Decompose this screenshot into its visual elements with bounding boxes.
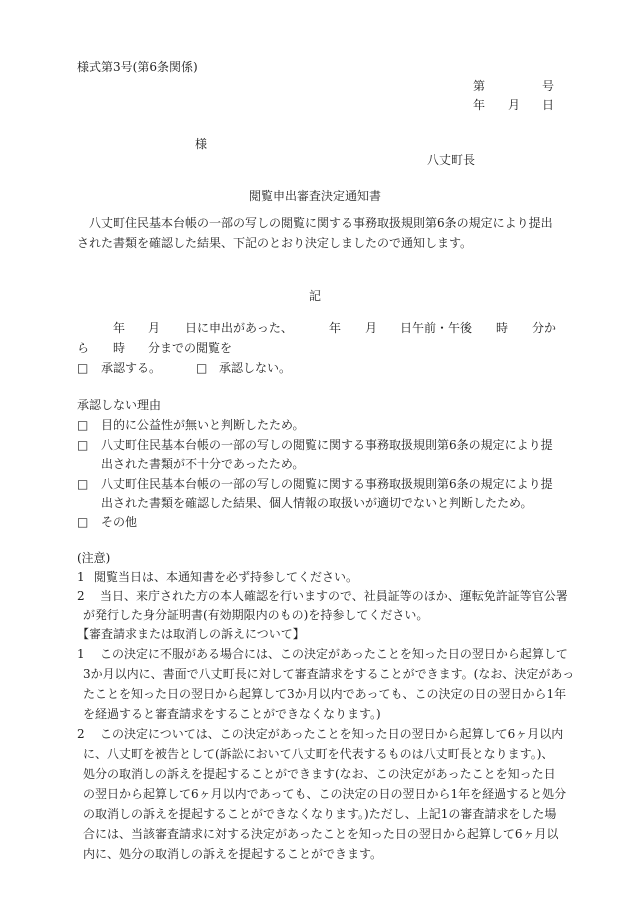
reason-checkbox-4[interactable]: □ xyxy=(77,514,88,530)
document-title: 閲覧申出審査決定通知書 xyxy=(0,188,630,204)
request-year-2: 年 xyxy=(329,320,341,336)
reject-label: 承認しない。 xyxy=(219,360,291,376)
appeal-1-line-4: を経過すると審査請求をすることができなくなります。) xyxy=(83,706,381,722)
request-month-2: 月 xyxy=(365,320,377,336)
appeal-1-line-3: たことを知った日の翌日から起算して3か月以内であっても、この決定の日の翌日から1… xyxy=(83,686,566,702)
appeal-2-line-7: 内に、処分の取消しの訴えを提起することができます。 xyxy=(83,846,382,862)
date-day: 日 xyxy=(542,97,554,113)
approve-checkbox[interactable]: □ xyxy=(77,361,88,375)
request-line2-start: ら xyxy=(77,340,89,356)
note-1-line-1: 閲覧当日は、本通知書を必ず持参してください。 xyxy=(94,569,358,585)
request-hour-1: 時 xyxy=(496,320,508,336)
doc-number-prefix: 第 xyxy=(473,78,485,94)
reason-text-3-line-2: 出された書類を確認した結果、個人情報の取扱いが適切でないと判断したため。 xyxy=(101,495,533,511)
appeal-2-line-4: の翌日から起算して6ヶ月以内であっても、この決定の日の翌日から1年を経過すると処… xyxy=(83,786,566,802)
note-2-line-1: 当日、来庁された方の本人確認を行いますので、社員証等のほか、運転免許証等官公署 xyxy=(100,588,568,604)
notes-heading: (注意) xyxy=(77,550,110,566)
note-num-1: 1 xyxy=(77,569,85,585)
appeal-2-line-5: の取消しの訴えを提起することができなくなります。)ただし、上記1の審査請求をした… xyxy=(83,806,556,822)
date-month: 月 xyxy=(508,97,520,113)
request-year-1: 年 xyxy=(113,320,125,336)
appeal-2-line-3: 処分の取消しの訴えを提起することができます(なお、この決定があったことを知った日 xyxy=(83,766,556,782)
request-minute-1: 分か xyxy=(532,320,556,336)
request-month-1: 月 xyxy=(148,320,160,336)
appeal-1-line-1: この決定に不服がある場合には、この決定があったことを知った日の翌日から起算して xyxy=(100,646,568,662)
ki-label: 記 xyxy=(0,288,630,304)
reason-checkbox-1[interactable]: □ xyxy=(77,417,88,433)
reason-checkbox-2[interactable]: □ xyxy=(77,437,88,453)
appeal-2-line-1: この決定については、この決定があったことを知った日の翌日から起算して6ヶ月以内 xyxy=(100,726,563,742)
request-hour-2: 時 xyxy=(113,340,125,356)
reason-checkbox-3[interactable]: □ xyxy=(77,476,88,492)
request-day-2: 日午前・午後 xyxy=(400,320,472,336)
reject-option[interactable]: □ xyxy=(196,360,207,376)
reasons-heading: 承認しない理由 xyxy=(77,397,161,413)
appeal-num-2: 2 xyxy=(77,726,85,742)
reason-text-3-line-1: 八丈町住民基本台帳の一部の写しの閲覧に関する事務取扱規則第6条の規定により提 xyxy=(101,476,553,492)
reason-text-1: 目的に公益性が無いと判断したため。 xyxy=(101,417,305,433)
note-num-2: 2 xyxy=(77,588,85,604)
appeal-heading: 【審査請求または取消しの訴えについて】 xyxy=(77,626,305,642)
appeal-2-line-6: 合には、当該審査請求に対する決定があったことを知った日の翌日から起算して6ヶ月以 xyxy=(83,826,559,842)
appeal-num-1: 1 xyxy=(77,646,85,662)
approve-option[interactable]: □ xyxy=(77,360,88,376)
note-2-line-2: が発行した身分証明書(有効期限内のもの)を持参してください。 xyxy=(83,607,428,623)
appeal-1-line-2: 3か月以内に、書面で八丈町長に対して審査請求をすることができます。(なお、決定が… xyxy=(83,666,574,682)
sender: 八丈町長 xyxy=(427,152,475,168)
appeal-2-line-2: に、八丈町を被告として(訴訟において八丈町を代表するものは八丈町長となります。)… xyxy=(83,746,553,762)
doc-number-suffix: 号 xyxy=(542,78,554,94)
intro-line-1: 八丈町住民基本台帳の一部の写しの閲覧に関する事務取扱規則第6条の規定により提出 xyxy=(89,215,553,231)
reason-text-4: その他 xyxy=(101,514,137,530)
reject-checkbox[interactable]: □ xyxy=(196,361,207,375)
request-day-1: 日に申出があった、 xyxy=(185,320,293,336)
recipient-suffix: 様 xyxy=(195,136,207,152)
approve-label: 承認する。 xyxy=(101,360,161,376)
reason-text-2-line-1: 八丈町住民基本台帳の一部の写しの閲覧に関する事務取扱規則第6条の規定により提 xyxy=(101,437,553,453)
request-minute-2: 分までの閲覧を xyxy=(148,340,232,356)
date-year: 年 xyxy=(473,97,485,113)
form-label: 様式第3号(第6条関係) xyxy=(77,59,198,75)
intro-line-2: された書類を確認した結果、下記のとおり決定しましたので通知します。 xyxy=(77,235,472,251)
reason-text-2-line-2: 出された書類が不十分であったため。 xyxy=(101,456,304,472)
